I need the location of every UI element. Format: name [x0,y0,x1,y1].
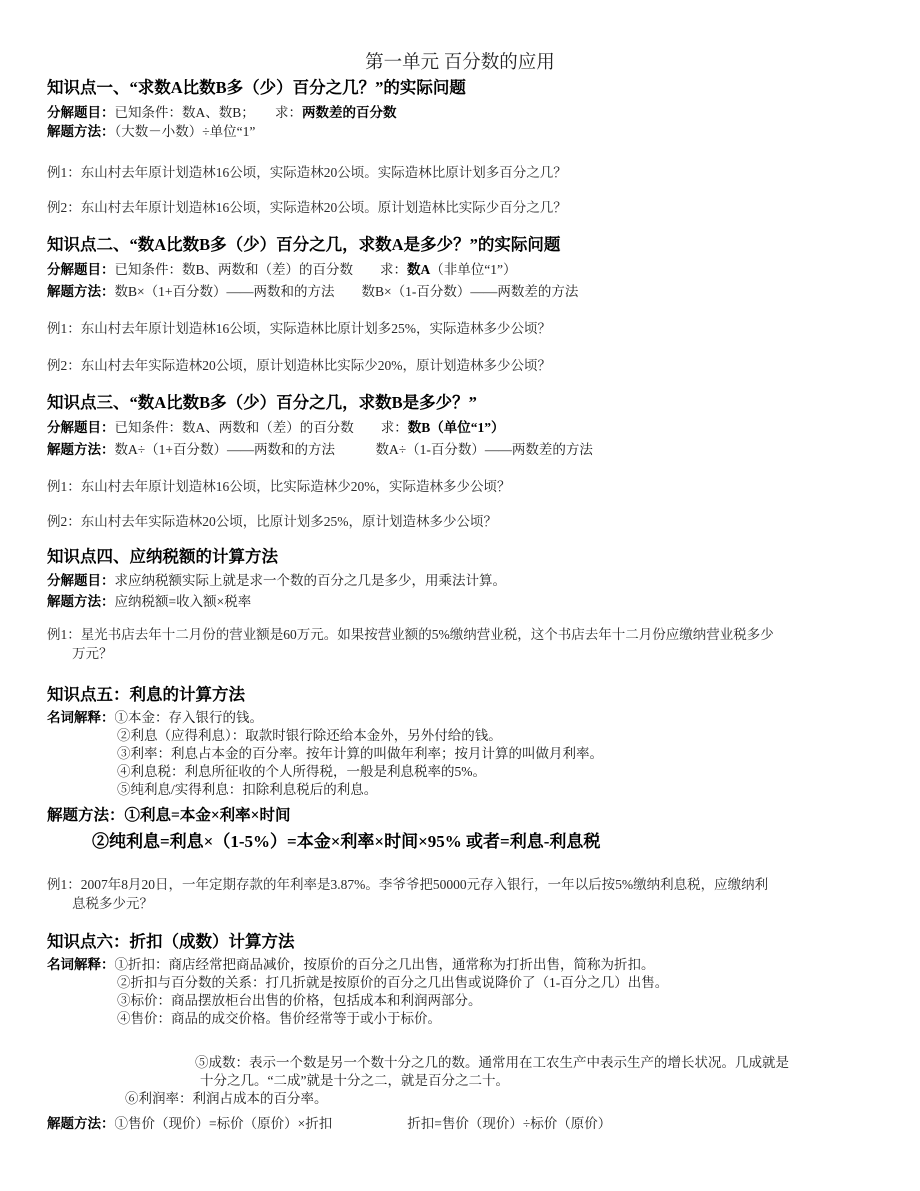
kp6-term-1: ①折扣：商店经常把商品减价，按原价的百分之几出售，通常称为打折出售，简称为折扣。 [115,957,655,972]
kp5-term-4: ④利息税：利息所征收的个人所得税，一般是利息税率的5%。 [117,762,486,781]
kp5-term-1: ①本金：存入银行的钱。 [115,710,264,725]
kp5-terms-label: 名词解释： [47,710,115,725]
kp6-term-5-line-2: 十分之几。“二成”就是十分之二，就是百分之二十。 [200,1071,509,1090]
kp1-decompose-pre: 已知条件：数A、数B； 求： [115,105,303,120]
kp2-decompose-label: 分解题目： [47,262,115,277]
kp6-term-5-line-1: ⑤成数：表示一个数是另一个数十分之几的数。通常用在工农生产中表示生产的增长状况。… [195,1053,789,1072]
kp1-method-text: （大数－小数）÷单位“1” [115,124,256,139]
kp5-term-2: ②利息（应得利息）：取款时银行除还给本金外，另外付给的钱。 [117,726,502,745]
kp2-method-text: 数B×（1+百分数）——两数和的方法 数B×（1-百分数）——两数差的方法 [115,284,579,299]
kp2-heading: 知识点二、“数A比数B多（少）百分之几，求数A是多少？”的实际问题 [47,235,560,254]
kp5-term-5: ⑤纯利息/实得利息：扣除利息税后的利息。 [117,780,377,799]
kp5-heading: 知识点五：利息的计算方法 [47,685,245,704]
kp5-method-formula-1: ①利息=本金×利率×时间 [125,807,291,824]
kp6-method-label: 解题方法： [47,1116,115,1131]
kp6-term-2: ②折扣与百分数的关系：打几折就是按原价的百分之几出售或说降价了（1-百分之几）出… [117,973,668,992]
kp3-decompose-bold: 数B（单位“1”） [408,420,505,435]
kp2-example-2: 例2：东山村去年实际造林20公顷，原计划造林比实际少20%，原计划造林多少公顷？ [47,356,551,375]
kp1-decompose-bold: 两数差的百分数 [302,105,397,120]
kp4-decompose-text: 求应纳税额实际上就是求一个数的百分之几是多少，用乘法计算。 [115,573,507,588]
kp2-decompose-pre: 已知条件：数B、两数和（差）的百分数 求： [115,262,408,277]
kp6-term-6: ⑥利润率：利润占成本的百分率。 [125,1089,328,1108]
kp3-decompose-line: 分解题目：已知条件：数A、两数和（差）的百分数 求：数B（单位“1”） [47,418,505,437]
kp6-terms-label: 名词解释： [47,957,115,972]
kp5-method-label: 解题方法： [47,807,125,824]
kp4-example-1-line-2: 万元？ [72,644,113,663]
kp6-term-1-line: 名词解释：①折扣：商店经常把商品减价，按原价的百分之几出售，通常称为打折出售，简… [47,955,655,974]
kp5-term-3: ③利率：利息占本金的百分率。按年计算的叫做年利率；按月计算的叫做月利率。 [117,744,603,763]
kp4-method-line: 解题方法：应纳税额=收入额×税率 [47,592,251,611]
kp6-term-3: ③标价：商品摆放柜台出售的价格，包括成本和利润两部分。 [117,991,482,1010]
kp3-heading: 知识点三、“数A比数B多（少）百分之几，求数B是多少？” [47,393,477,412]
kp5-method-line-1: 解题方法：①利息=本金×利率×时间 [47,806,291,825]
kp1-decompose-label: 分解题目： [47,105,115,120]
kp3-example-2: 例2：东山村去年实际造林20公顷，比原计划多25%，原计划造林多少公顷？ [47,512,497,531]
kp5-method-line-2: ②纯利息=利息×（1-5%）=本金×利率×时间×95% 或者=利息-利息税 [92,832,600,851]
kp1-method-label: 解题方法： [47,124,115,139]
kp1-heading: 知识点一、“求数A比数B多（少）百分之几？”的实际问题 [47,78,466,97]
kp4-example-1-line-1: 例1：星光书店去年十二月份的营业额是60万元。如果按营业额的5%缴纳营业税，这个… [47,625,774,644]
kp2-method-label: 解题方法： [47,284,115,299]
kp2-method-line: 解题方法：数B×（1+百分数）——两数和的方法 数B×（1-百分数）——两数差的… [47,282,578,301]
kp4-decompose-label: 分解题目： [47,573,115,588]
kp4-heading: 知识点四、应纳税额的计算方法 [47,547,278,566]
kp3-method-text: 数A÷（1+百分数）——两数和的方法 数A÷（1-百分数）——两数差的方法 [115,442,593,457]
kp6-method-formula-right: 折扣=售价（现价）÷标价（原价） [407,1114,611,1133]
kp6-method-formula-left: ①售价（现价）=标价（原价）×折扣 [115,1116,333,1131]
kp5-term-1-line: 名词解释：①本金：存入银行的钱。 [47,708,263,727]
kp4-decompose-line: 分解题目：求应纳税额实际上就是求一个数的百分之几是多少，用乘法计算。 [47,571,506,590]
page-title: 第一单元 百分数的应用 [0,48,920,74]
kp3-decompose-pre: 已知条件：数A、两数和（差）的百分数 求： [115,420,408,435]
kp1-method-line: 解题方法：（大数－小数）÷单位“1” [47,122,255,141]
kp4-method-text: 应纳税额=收入额×税率 [115,594,252,609]
kp3-decompose-label: 分解题目： [47,420,115,435]
kp2-example-1: 例1：东山村去年原计划造林16公顷，实际造林比原计划多25%，实际造林多少公顷？ [47,319,551,338]
kp6-heading: 知识点六：折扣（成数）计算方法 [47,932,295,951]
kp2-decompose-line: 分解题目：已知条件：数B、两数和（差）的百分数 求：数A（非单位“1”） [47,260,517,279]
kp1-example-2: 例2：东山村去年原计划造林16公顷，实际造林20公顷。原计划造林比实际少百分之几… [47,198,567,217]
kp1-example-1: 例1：东山村去年原计划造林16公顷，实际造林20公顷。实际造林比原计划多百分之几… [47,163,567,182]
kp2-decompose-bold: 数A [407,262,430,277]
kp1-decompose-line: 分解题目：已知条件：数A、数B； 求：两数差的百分数 [47,103,397,122]
kp6-method-line: 解题方法：①售价（现价）=标价（原价）×折扣折扣=售价（现价）÷标价（原价） [47,1114,611,1133]
kp2-decompose-post: （非单位“1”） [430,262,516,277]
kp5-example-1-line-1: 例1：2007年8月20日，一年定期存款的年利率是3.87%。李爷爷把50000… [47,875,768,894]
document-page: 第一单元 百分数的应用 知识点一、“求数A比数B多（少）百分之几？”的实际问题 … [0,0,920,1191]
kp3-method-line: 解题方法：数A÷（1+百分数）——两数和的方法 数A÷（1-百分数）——两数差的… [47,440,593,459]
kp5-example-1-line-2: 息税多少元？ [72,894,153,913]
kp6-term-4: ④售价：商品的成交价格。售价经常等于或小于标价。 [117,1009,441,1028]
kp3-example-1: 例1：东山村去年原计划造林16公顷，比实际造林少20%，实际造林多少公顷？ [47,477,511,496]
kp4-method-label: 解题方法： [47,594,115,609]
kp3-method-label: 解题方法： [47,442,115,457]
